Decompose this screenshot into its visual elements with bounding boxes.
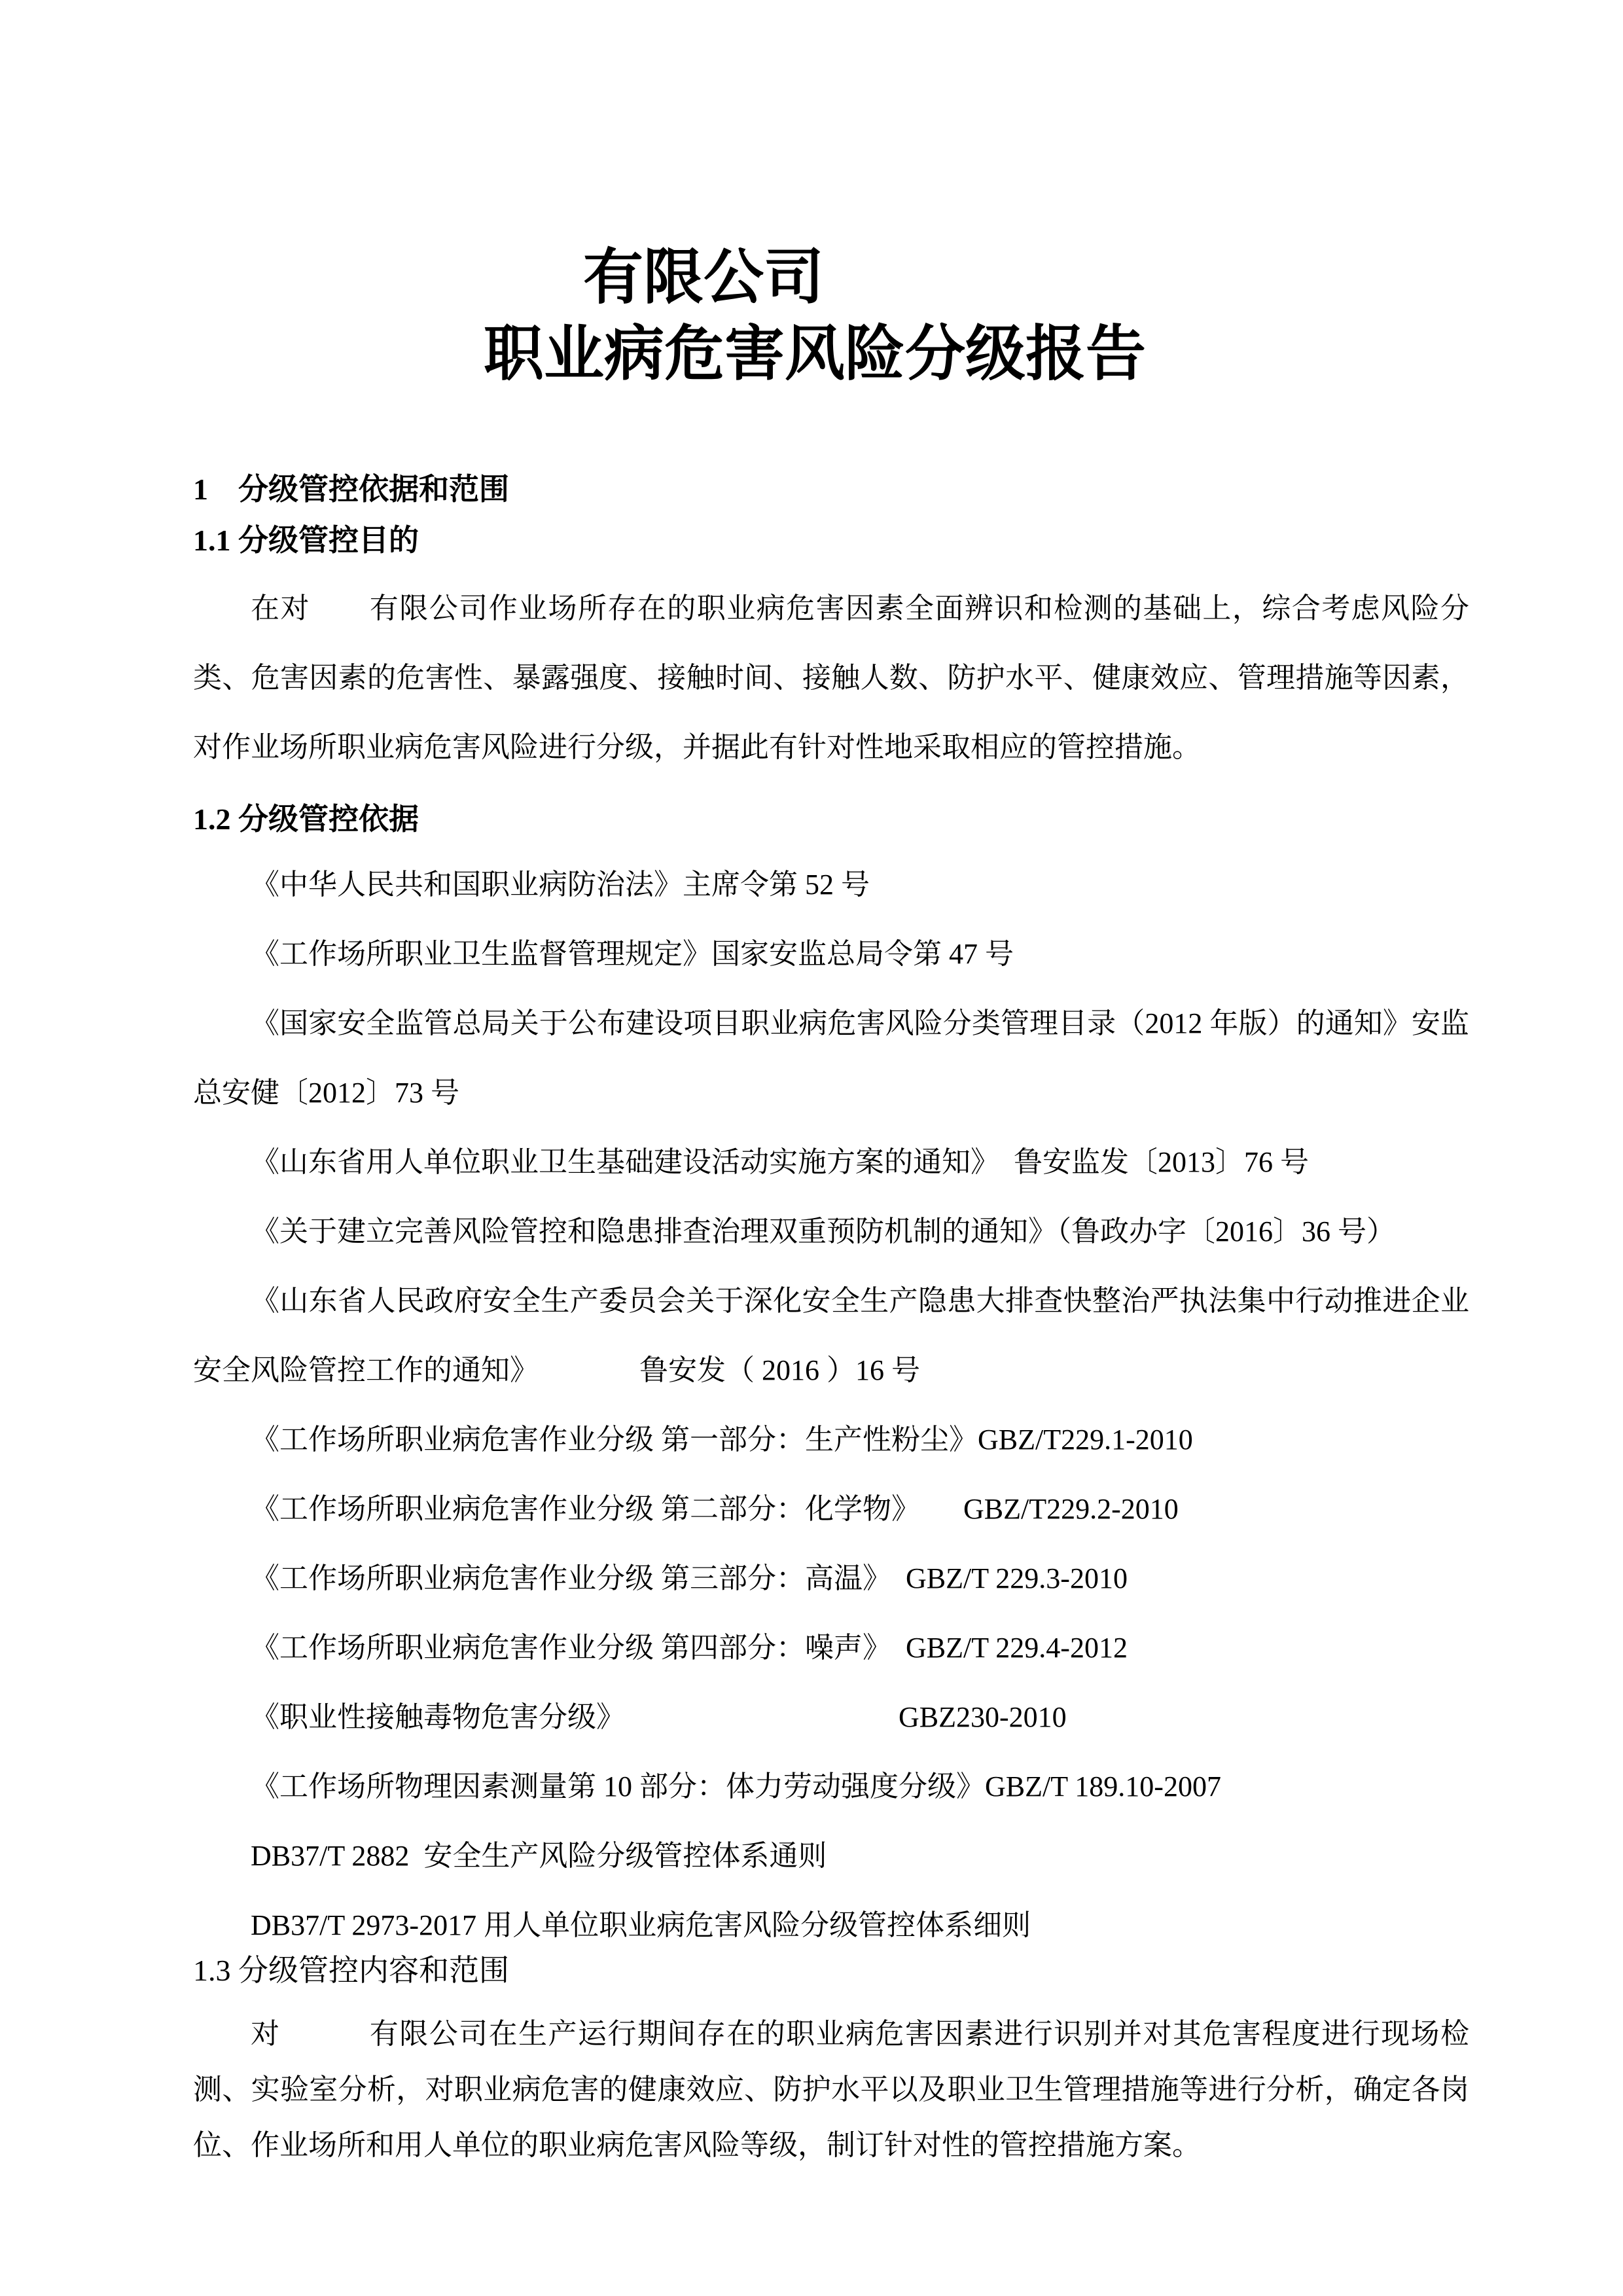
reference-item: 《职业性接触毒物危害分级》 GBZ230-2010 (193, 1683, 1469, 1752)
paragraph-scope: 对 有限公司在生产运行期间存在的职业病危害因素进行识别并对其危害程度进行现场检测… (193, 2006, 1469, 2173)
reference-item: 《工作场所职业病危害作业分级 第四部分：噪声》 GBZ/T 229.4-2012 (193, 1613, 1469, 1683)
document-page: 有限公司 职业病危害风险分级报告 1 分级管控依据和范围 1.1 分级管控目的 … (0, 0, 1623, 2296)
section-heading-1: 1 分级管控依据和范围 (193, 464, 1469, 515)
reference-item: 《工作场所物理因素测量第 10 部分：体力劳动强度分级》GBZ/T 189.10… (193, 1752, 1469, 1821)
reference-item: DB37/T 2882 安全生产风险分级管控体系通则 (193, 1821, 1469, 1891)
reference-item: 《工作场所职业病危害作业分级 第三部分：高温》 GBZ/T 229.3-2010 (193, 1544, 1469, 1613)
reference-item: 《工作场所职业病危害作业分级 第二部分：化学物》 GBZ/T229.2-2010 (193, 1475, 1469, 1544)
section-heading-1-1: 1.1 分级管控目的 (193, 515, 1469, 566)
document-title-company: 有限公司 (65, 241, 1342, 314)
reference-item: 《山东省用人单位职业卫生基础建设活动实施方案的通知》 鲁安监发〔2013〕76 … (193, 1128, 1469, 1197)
reference-item: 《工作场所职业病危害作业分级 第一部分：生产性粉尘》GBZ/T229.1-201… (193, 1405, 1469, 1475)
reference-list: 《中华人民共和国职业病防治法》主席令第 52 号 《工作场所职业卫生监督管理规定… (193, 850, 1469, 1960)
reference-item: 《中华人民共和国职业病防治法》主席令第 52 号 (193, 850, 1469, 920)
reference-item: 《国家安全监管总局关于公布建设项目职业病危害风险分类管理目录（2012 年版）的… (193, 989, 1469, 1128)
document-title-report-name: 职业病危害风险分级报告 (177, 317, 1453, 391)
reference-item: 《山东省人民政府安全生产委员会关于深化安全生产隐患大排查快整治严执法集中行动推进… (193, 1266, 1469, 1405)
document-content: 有限公司 职业病危害风险分级报告 1 分级管控依据和范围 1.1 分级管控目的 … (193, 0, 1469, 2173)
reference-item: 《工作场所职业卫生监督管理规定》国家安监总局令第 47 号 (193, 920, 1469, 989)
paragraph-purpose: 在对 有限公司作业场所存在的职业病危害因素全面辨识和检测的基础上，综合考虑风险分… (193, 574, 1469, 782)
reference-item: 《关于建立完善风险管控和隐患排查治理双重预防机制的通知》（鲁政办字〔2016〕3… (193, 1197, 1469, 1266)
section-heading-1-2: 1.2 分级管控依据 (193, 794, 1469, 845)
